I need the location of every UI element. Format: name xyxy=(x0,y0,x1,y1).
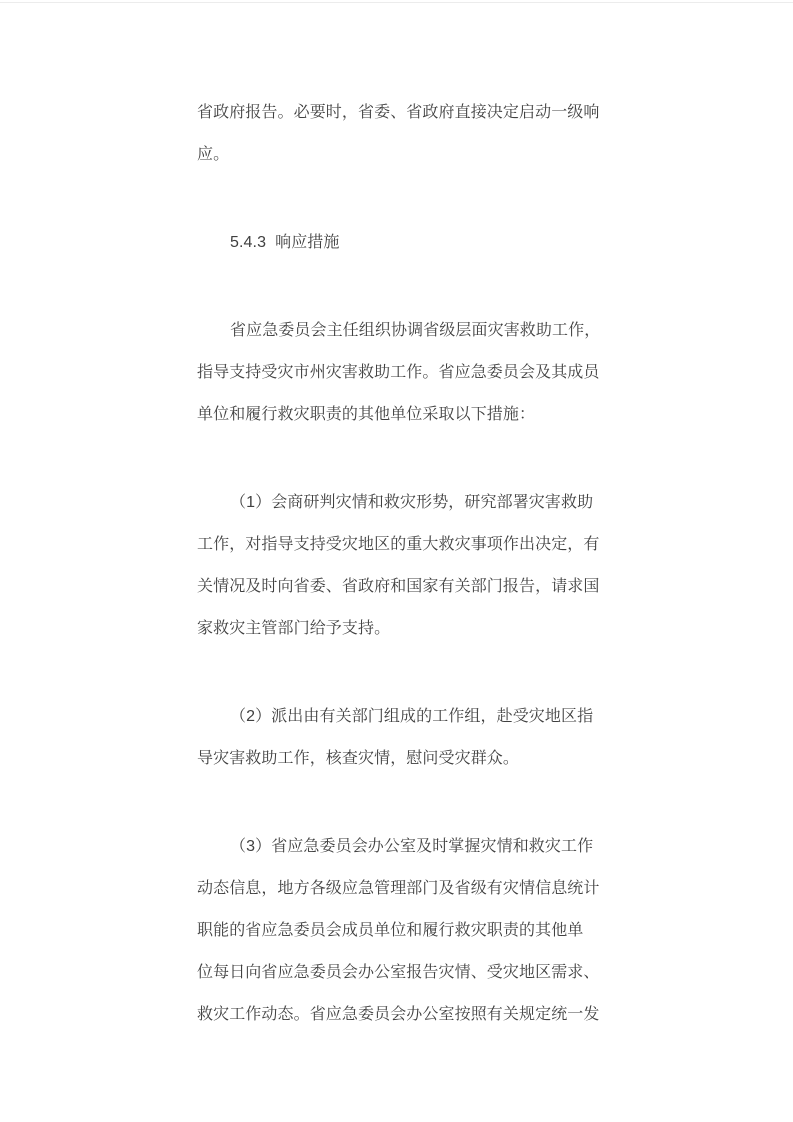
text-line: （1）会商研判灾情和救灾形势，研究部署灾害救助 xyxy=(197,482,613,524)
heading-title: 响应措施 xyxy=(275,234,339,251)
text-line: 关情况及时向省委、省政府和国家有关部门报告，请求国 xyxy=(197,566,613,608)
text-line: 工作，对指导支持受灾地区的重大救灾事项作出决定，有 xyxy=(197,524,613,566)
measure-item-1: （1）会商研判灾情和救灾形势，研究部署灾害救助 工作，对指导支持受灾地区的重大救… xyxy=(197,482,613,650)
text-line: （2）派出由有关部门组成的工作组，赴受灾地区指 xyxy=(197,696,613,738)
text-line: 职能的省应急委员会成员单位和履行救灾职责的其他单 xyxy=(197,910,613,952)
text-line: 家救灾主管部门给予支持。 xyxy=(197,608,613,650)
text-line: 单位和履行救灾职责的其他单位采取以下措施： xyxy=(197,394,613,436)
text-line: 救灾工作动态。省应急委员会办公室按照有关规定统一发 xyxy=(197,994,613,1036)
section-heading: 5.4.3响应措施 xyxy=(197,222,613,264)
lead-paragraph: 省应急委员会主任组织协调省级层面灾害救助工作， 指导支持受灾市州灾害救助工作。省… xyxy=(197,310,613,436)
text-line: 动态信息，地方各级应急管理部门及省级有灾情信息统计 xyxy=(197,868,613,910)
measure-item-3: （3）省应急委员会办公室及时掌握灾情和救灾工作 动态信息，地方各级应急管理部门及… xyxy=(197,826,613,1036)
text-line: （3）省应急委员会办公室及时掌握灾情和救灾工作 xyxy=(197,826,613,868)
measure-item-2: （2）派出由有关部门组成的工作组，赴受灾地区指 导灾害救助工作，核查灾情，慰问受… xyxy=(197,696,613,780)
page-top-divider xyxy=(0,2,793,3)
intro-paragraph: 省政府报告。必要时，省委、省政府直接决定启动一级响 应。 xyxy=(197,92,613,176)
document-page: 省政府报告。必要时，省委、省政府直接决定启动一级响 应。 5.4.3响应措施 省… xyxy=(197,92,613,1036)
text-line: 位每日向省应急委员会办公室报告灾情、受灾地区需求、 xyxy=(197,952,613,994)
text-line: 省政府报告。必要时，省委、省政府直接决定启动一级响 xyxy=(197,92,613,134)
heading-number: 5.4.3 xyxy=(230,234,266,251)
text-line: 导灾害救助工作，核查灾情，慰问受灾群众。 xyxy=(197,738,613,780)
text-line: 指导支持受灾市州灾害救助工作。省应急委员会及其成员 xyxy=(197,352,613,394)
text-line: 省应急委员会主任组织协调省级层面灾害救助工作， xyxy=(197,310,613,352)
text-line: 应。 xyxy=(197,134,613,176)
